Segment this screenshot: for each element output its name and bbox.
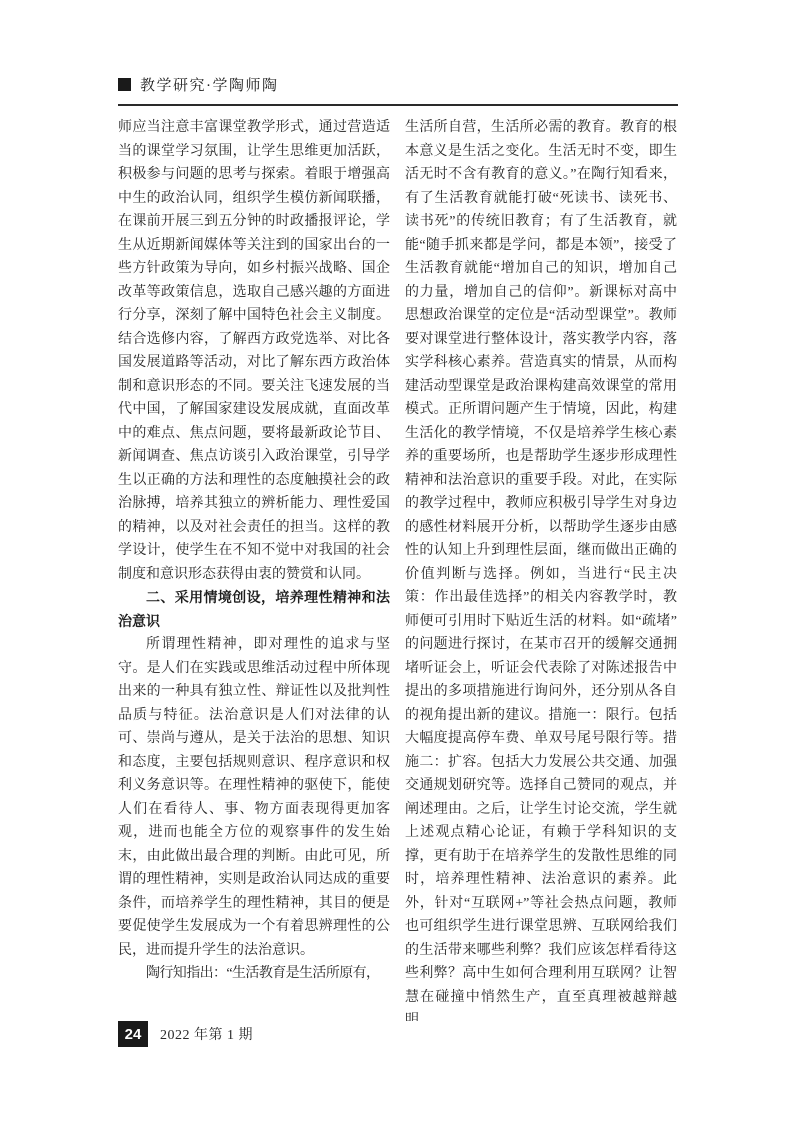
body-paragraph-continuation: 师应当注意丰富课堂教学形式，通过营造适当的课堂学习氛围，让学生思维更加活跃，积极… [118, 116, 390, 586]
page-footer: 24 2022 年第 1 期 [118, 1021, 253, 1047]
body-paragraph-continuation: 生活所自营，生活所必需的教育。教育的根本意义是生活之变化。生活无时不变，即生活无… [405, 116, 677, 1021]
left-column: 师应当注意丰富课堂教学形式，通过营造适当的课堂学习氛围，让学生思维更加活跃，积极… [118, 116, 390, 1021]
body-paragraph: 所谓理性精神，即对理性的追求与坚守。是人们在实践或思维活动过程中所体现出来的一种… [118, 633, 390, 962]
right-column: 生活所自营，生活所必需的教育。教育的根本意义是生活之变化。生活无时不变，即生活无… [405, 116, 677, 1021]
section-header: 教学研究·学陶师陶 [118, 74, 279, 95]
section-marker-icon [118, 78, 131, 91]
body-paragraph-start: 陶行知指出：“生活教育是生活所原有， [118, 962, 390, 986]
header-rule [118, 104, 678, 106]
section-heading: 二、采用情境创设，培养理性精神和法治意识 [118, 586, 390, 633]
journal-page: 教学研究·学陶师陶 师应当注意丰富课堂教学形式，通过营造适当的课堂学习氛围，让学… [0, 0, 793, 1122]
page-number: 24 [118, 1021, 148, 1047]
issue-label: 2022 年第 1 期 [160, 1024, 253, 1044]
section-title: 教学研究·学陶师陶 [140, 74, 279, 95]
